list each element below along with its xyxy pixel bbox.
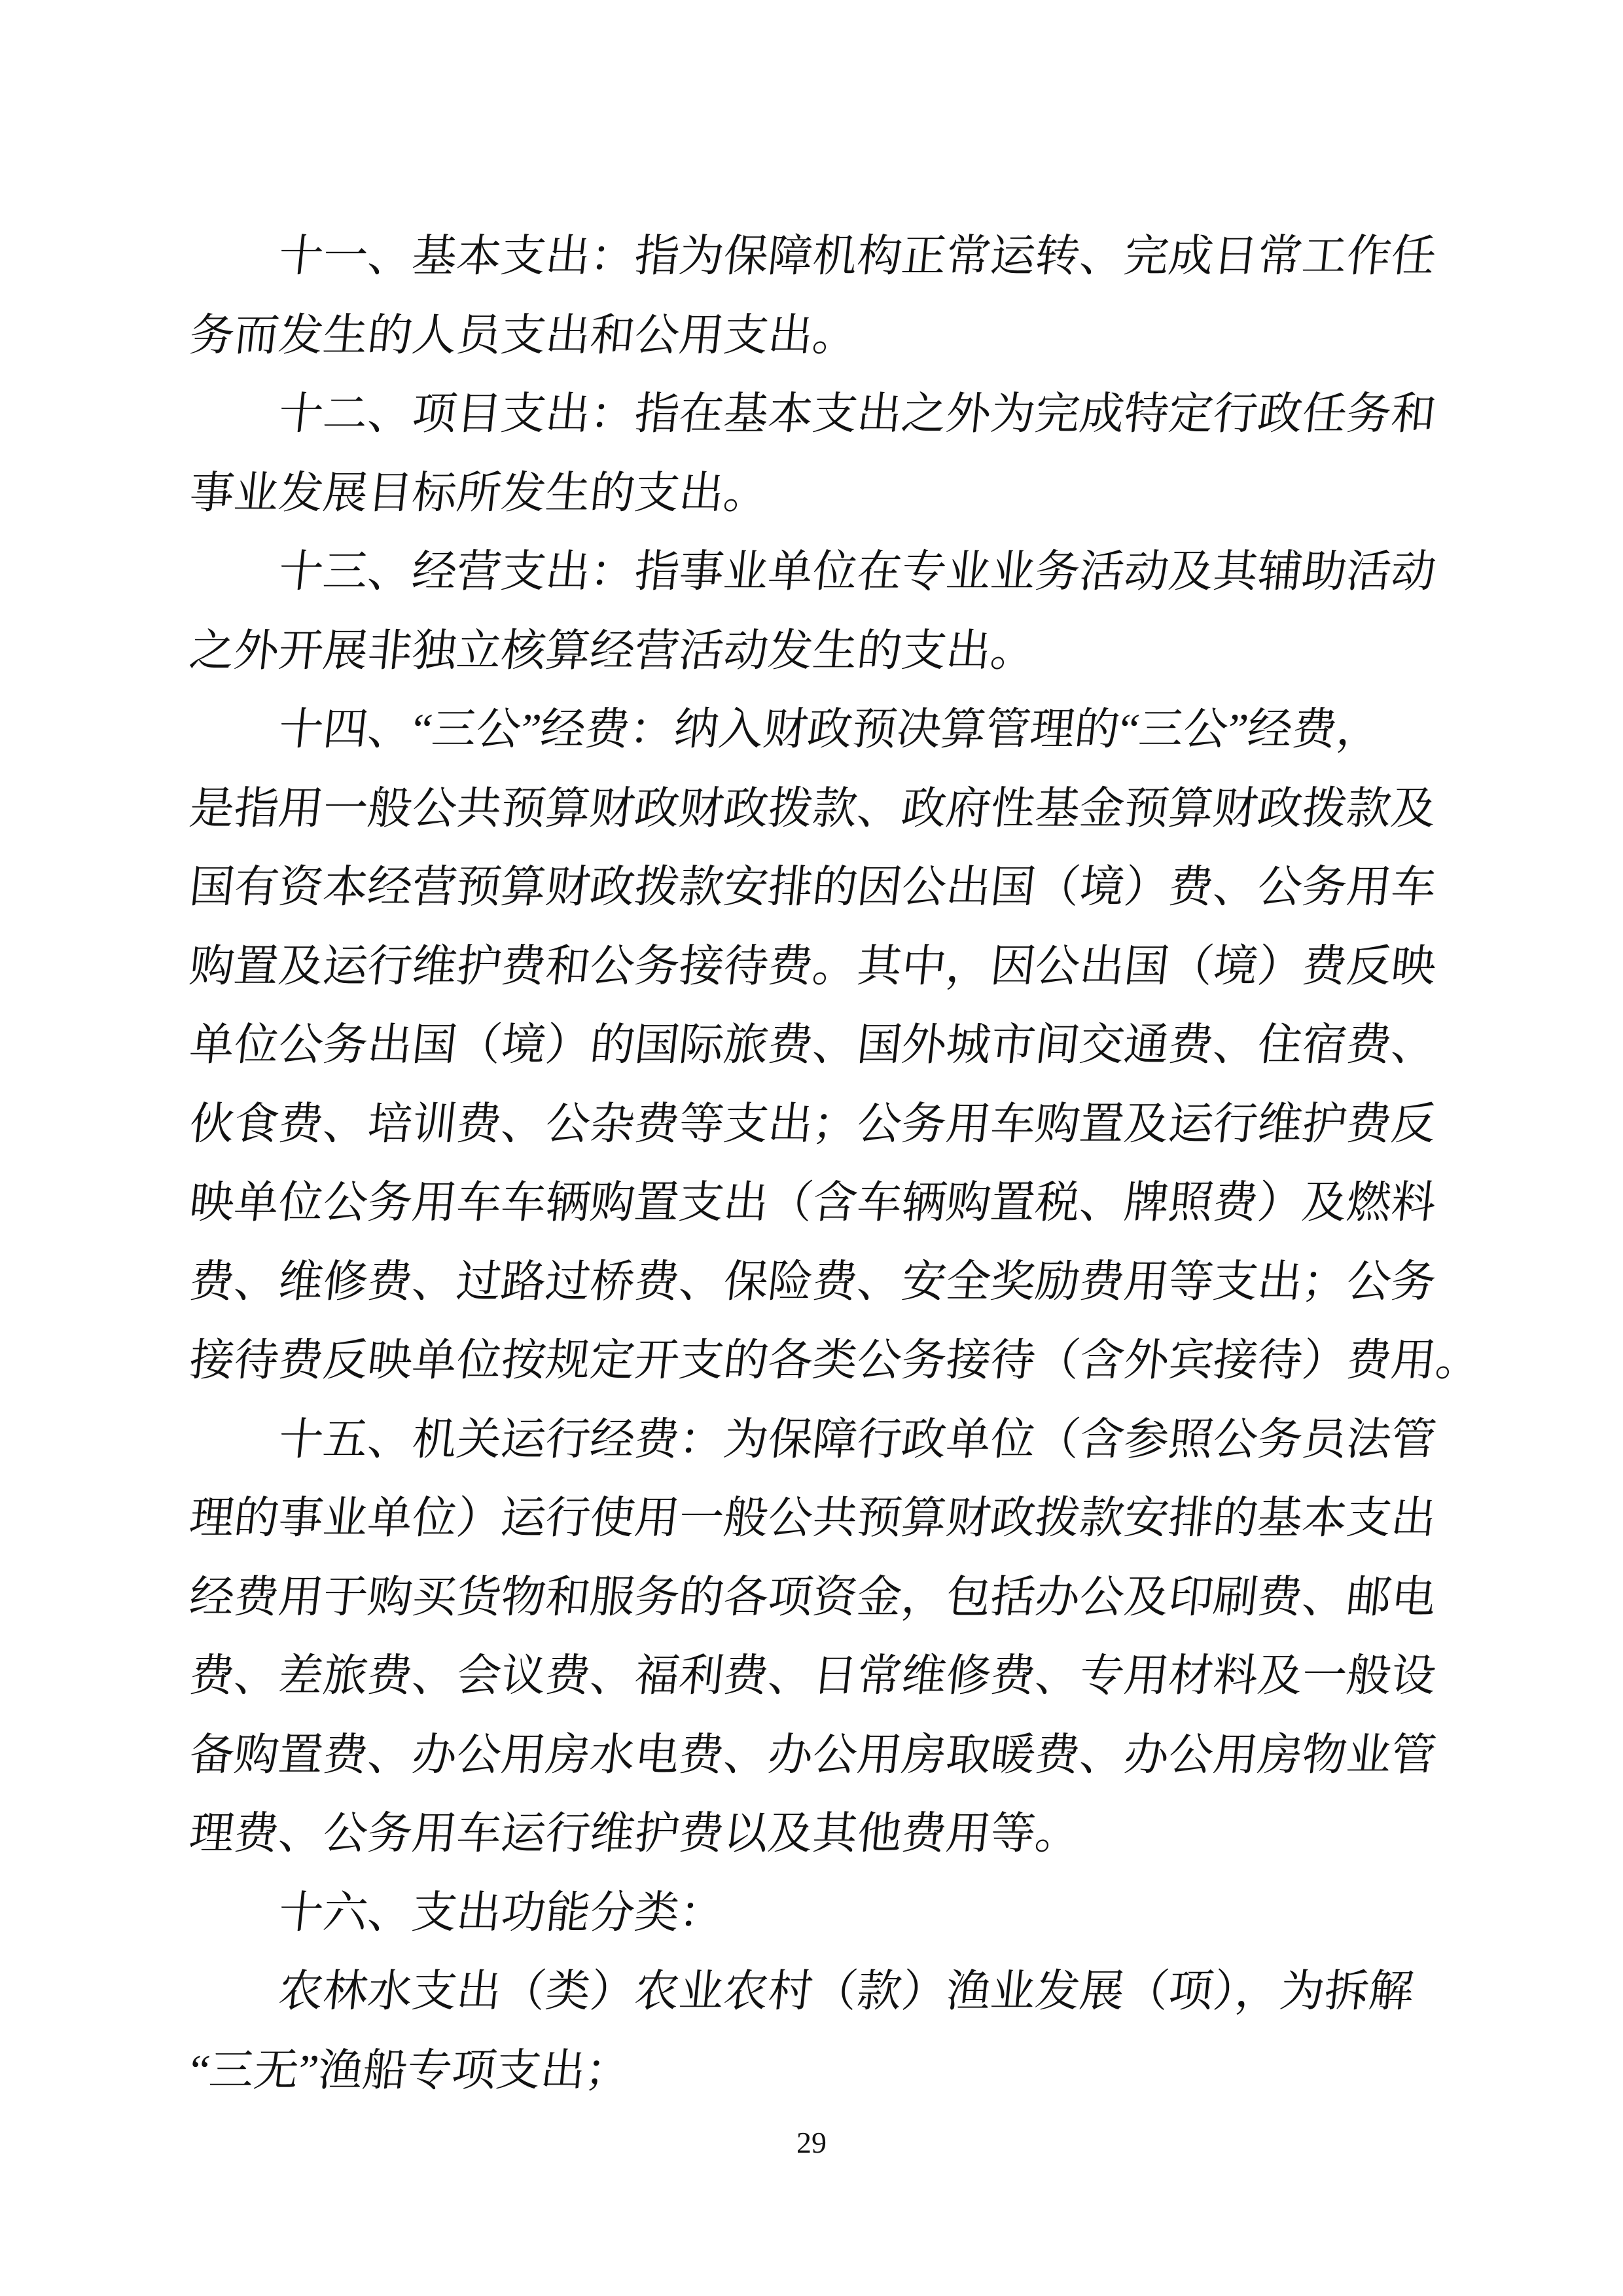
text-line: 单位公务出国（境）的国际旅费、国外城市间交通费、住宿费、 xyxy=(186,1005,1442,1085)
paragraph-14-three-public-funds: 十四、“三公”经费：纳入财政预决算管理的“三公”经费， 是指用一般公共预算财政财… xyxy=(190,690,1437,1400)
document-body: 十一、基本支出：指为保障机构正常运转、完成日常工作任 务而发生的人员支出和公用支… xyxy=(190,217,1437,2109)
text-line: 理的事业单位）运行使用一般公共预算财政拨款安排的基本支出 xyxy=(186,1479,1442,1558)
text-line: 十一、基本支出：指为保障机构正常运转、完成日常工作任 xyxy=(186,217,1442,296)
text-line: 事业发展目标所发生的支出。 xyxy=(186,454,1442,533)
paragraph-agriculture-forestry-water: 农林水支出（类）农业农村（款）渔业发展（项），为拆解 “三无”渔船专项支出； xyxy=(190,1952,1437,2109)
text-line: 经费用于购买货物和服务的各项资金，包括办公及印刷费、邮电 xyxy=(186,1558,1442,1637)
text-line: “三无”渔船专项支出； xyxy=(186,2031,1442,2110)
text-line: 接待费反映单位按规定开支的各类公务接待（含外宾接待）费用。 xyxy=(186,1321,1442,1400)
paragraph-13-operating-expenditure: 十三、经营支出：指事业单位在专业业务活动及其辅助活动 之外开展非独立核算经营活动… xyxy=(190,532,1437,690)
paragraph-11-basic-expenditure: 十一、基本支出：指为保障机构正常运转、完成日常工作任 务而发生的人员支出和公用支… xyxy=(190,217,1437,374)
paragraph-12-project-expenditure: 十二、项目支出：指在基本支出之外为完成特定行政任务和 事业发展目标所发生的支出。 xyxy=(190,374,1437,532)
text-line: 理费、公务用车运行维护费以及其他费用等。 xyxy=(186,1794,1442,1873)
page-number: 29 xyxy=(0,2126,1623,2160)
text-line: 映单位公务用车车辆购置支出（含车辆购置税、牌照费）及燃料 xyxy=(186,1163,1442,1242)
paragraph-15-agency-operating-funds: 十五、机关运行经费：为保障行政单位（含参照公务员法管 理的事业单位）运行使用一般… xyxy=(190,1400,1437,1873)
document-page: 十一、基本支出：指为保障机构正常运转、完成日常工作任 务而发生的人员支出和公用支… xyxy=(0,0,1623,2296)
paragraph-16-expenditure-function-classification: 十六、支出功能分类： xyxy=(190,1873,1437,1952)
text-line: 十五、机关运行经费：为保障行政单位（含参照公务员法管 xyxy=(186,1400,1442,1479)
text-line: 十三、经营支出：指事业单位在专业业务活动及其辅助活动 xyxy=(186,532,1442,611)
text-line: 是指用一般公共预算财政财政拨款、政府性基金预算财政拨款及 xyxy=(186,769,1442,848)
text-line: 农林水支出（类）农业农村（款）渔业发展（项），为拆解 xyxy=(186,1952,1442,2031)
text-line: 伙食费、培训费、公杂费等支出；公务用车购置及运行维护费反 xyxy=(186,1085,1442,1164)
text-line: 备购置费、办公用房水电费、办公用房取暖费、办公用房物业管 xyxy=(186,1715,1442,1795)
text-line: 费、维修费、过路过桥费、保险费、安全奖励费用等支出；公务 xyxy=(186,1242,1442,1321)
text-line: 国有资本经营预算财政拨款安排的因公出国（境）费、公务用车 xyxy=(186,848,1442,927)
text-line: 十四、“三公”经费：纳入财政预决算管理的“三公”经费， xyxy=(186,690,1442,769)
text-line: 十六、支出功能分类： xyxy=(186,1873,1442,1952)
text-line: 十二、项目支出：指在基本支出之外为完成特定行政任务和 xyxy=(186,374,1442,454)
text-line: 之外开展非独立核算经营活动发生的支出。 xyxy=(186,611,1442,691)
text-line: 务而发生的人员支出和公用支出。 xyxy=(186,296,1442,375)
text-line: 费、差旅费、会议费、福利费、日常维修费、专用材料及一般设 xyxy=(186,1636,1442,1715)
text-line: 购置及运行维护费和公务接待费。其中，因公出国（境）费反映 xyxy=(186,927,1442,1006)
